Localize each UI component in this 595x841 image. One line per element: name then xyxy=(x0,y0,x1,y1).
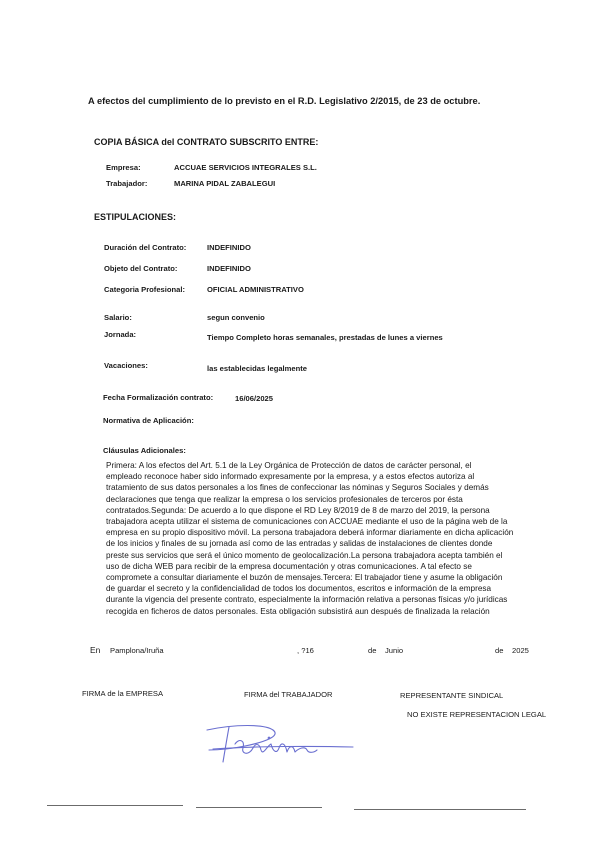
signature-label-empresa: FIRMA de la EMPRESA xyxy=(82,689,163,698)
fecha-label: Fecha Formalización contrato: xyxy=(103,393,213,402)
date-year: 2025 xyxy=(512,646,529,655)
stipulation-value: Tiempo Completo horas semanales, prestad… xyxy=(207,333,443,342)
clause-line: de los inicios y finales de su jornada a… xyxy=(106,538,546,549)
clause-line: preste sus servicios que será el único m… xyxy=(106,550,546,561)
trabajador-value: MARINA PIDAL ZABALEGUI xyxy=(174,179,275,188)
stipulation-label: Jornada: xyxy=(104,330,136,339)
stipulation-value: INDEFINIDO xyxy=(207,243,251,252)
fecha-value: 16/06/2025 xyxy=(235,394,273,403)
clausulas-title: Cláusulas Adicionales: xyxy=(103,446,186,455)
clause-line: Primera: A los efectos del Art. 5.1 de l… xyxy=(106,460,546,471)
stipulation-value: INDEFINIDO xyxy=(207,264,251,273)
stipulation-label: Duración del Contrato: xyxy=(104,243,186,252)
empresa-value: ACCUAE SERVICIOS INTEGRALES S.L. xyxy=(174,163,317,172)
clause-line: durante la vigencia del presente contrat… xyxy=(106,594,546,605)
signature-label-trabajador: FIRMA del TRABAJADOR xyxy=(244,690,332,699)
clause-line: empresa en su propio dispositivo móvil. … xyxy=(106,527,546,538)
clause-line: declaraciones que tenga que realizar la … xyxy=(106,494,546,505)
worker-signature-image xyxy=(195,722,355,772)
intro-legal-reference: A efectos del cumplimiento de lo previst… xyxy=(88,96,480,106)
stipulation-label: Vacaciones: xyxy=(104,361,148,370)
stipulation-value: segun convenio xyxy=(207,313,265,322)
signature-line-trabajador xyxy=(196,807,322,808)
place-en: En xyxy=(90,645,100,655)
estipulaciones-title: ESTIPULACIONES: xyxy=(94,212,176,222)
stipulation-label: Categoria Profesional: xyxy=(104,285,185,294)
normativa-label: Normativa de Aplicación: xyxy=(103,416,194,425)
clause-line: contratados.Segunda: De acuerdo a lo que… xyxy=(106,505,546,516)
clause-line: compromete a consultar diariamente el bu… xyxy=(106,572,546,583)
stipulation-label: Objeto del Contrato: xyxy=(104,264,177,273)
date-day: , ?16 xyxy=(297,646,314,655)
clause-line: tratamiento de sus datos personales a lo… xyxy=(106,482,546,493)
clause-line: trabajadora acepta utilizar el sistema d… xyxy=(106,516,546,527)
date-month: Junio xyxy=(385,646,403,655)
stipulation-label: Salario: xyxy=(104,313,132,322)
clausulas-text: Primera: A los efectos del Art. 5.1 de l… xyxy=(106,460,542,617)
clause-line: de guardar el secreto y la confidenciali… xyxy=(106,583,546,594)
stipulation-value: OFICIAL ADMINISTRATIVO xyxy=(207,285,304,294)
representante-note: NO EXISTE REPRESENTACION LEGAL xyxy=(407,710,546,719)
stipulation-value: las establecidas legalmente xyxy=(207,364,307,373)
date-de-2: de xyxy=(495,646,503,655)
empresa-label: Empresa: xyxy=(106,163,141,172)
copia-title: COPIA BÁSICA del CONTRATO SUBSCRITO ENTR… xyxy=(94,137,318,147)
clause-line: uso de dicha WEB para recibir de la empr… xyxy=(106,561,546,572)
clause-line: recogida en ficheros de datos personales… xyxy=(106,606,546,617)
trabajador-label: Trabajador: xyxy=(106,179,147,188)
signature-line-representante xyxy=(354,809,526,810)
clause-line: empleado reconoce haber sido informado e… xyxy=(106,471,546,482)
date-de-1: de xyxy=(368,646,376,655)
signature-line-empresa xyxy=(47,805,183,806)
place-city: Pamplona/Iruña xyxy=(110,646,164,655)
signature-label-representante: REPRESENTANTE SINDICAL xyxy=(400,691,503,700)
